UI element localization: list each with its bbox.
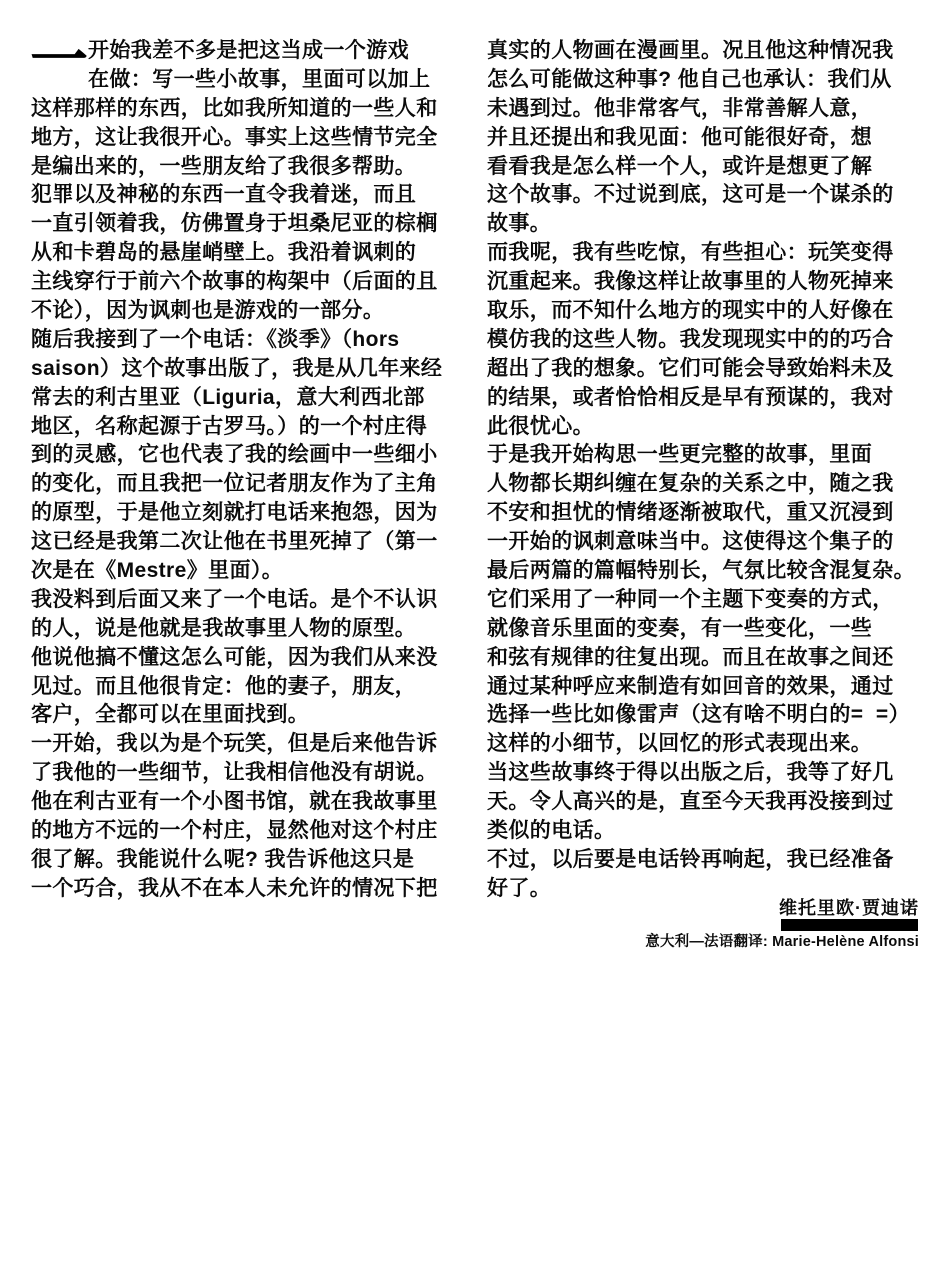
document-page: 一 开始我差不多是把这当成一个游戏在做：写一些小故事，里面可以加上这样那样的东西… xyxy=(0,0,939,1283)
text-line: 和弦有规律的往复出现。而且在故事之间还 xyxy=(487,644,923,673)
text-line: 一开始的讽刺意味当中。这使得这个集子的 xyxy=(487,528,923,557)
text-line: 一直引领着我，仿佛置身于坦桑尼亚的棕榈 xyxy=(31,210,467,239)
text-line: 犯罪以及神秘的东西一直令我着迷，而且 xyxy=(31,181,467,210)
text-line: 他说他搞不懂这怎么可能，因为我们从来没 xyxy=(31,644,467,673)
text-line: 的变化，而且我把一位记者朋友作为了主角 xyxy=(31,470,467,499)
text-line: 选择一些比如像雷声（这有啥不明白的= =） xyxy=(487,701,923,730)
text-line: 此很忧心。 xyxy=(487,413,923,442)
text-line: 一开始，我以为是个玩笑，但是后来他告诉 xyxy=(31,730,467,759)
text-line: 到的灵感，它也代表了我的绘画中一些细小 xyxy=(31,441,467,470)
right-column-text: 真实的人物画在漫画里。况且他这种情况我怎么可能做这种事? 他自己也承认：我们从未… xyxy=(487,37,923,904)
signature-underline-bar xyxy=(781,919,918,931)
text-line: 而我呢，我有些吃惊，有些担心：玩笑变得 xyxy=(487,239,923,268)
text-line: 我没料到后面又来了一个电话。是个不认识 xyxy=(31,586,467,615)
text-line: 看看我是怎么样一个人，或许是想更了解 xyxy=(487,153,923,182)
text-line: 他在利古亚有一个小图书馆，就在我故事里 xyxy=(31,788,467,817)
text-line: saison）这个故事出版了，我是从几年来经 xyxy=(31,355,467,384)
text-line: 未遇到过。他非常客气，非常善解人意， xyxy=(487,95,923,124)
text-line: 真实的人物画在漫画里。况且他这种情况我 xyxy=(487,37,923,66)
text-line: 沉重起来。我像这样让故事里的人物死掉来 xyxy=(487,268,923,297)
text-line: 故事。 xyxy=(487,210,923,239)
text-line: 客户，全都可以在里面找到。 xyxy=(31,701,467,730)
text-line: 并且还提出和我见面：他可能很好奇，想 xyxy=(487,124,923,153)
text-line: 通过某种呼应来制造有如回音的效果，通过 xyxy=(487,673,923,702)
text-line: 常去的利古里亚（Liguria，意大利西北部 xyxy=(31,384,467,413)
right-column: 真实的人物画在漫画里。况且他这种情况我怎么可能做这种事? 他自己也承认：我们从未… xyxy=(487,37,923,904)
text-line: 当这些故事终于得以出版之后，我等了好几 xyxy=(487,759,923,788)
text-line: 的人，说是他就是我故事里人物的原型。 xyxy=(31,615,467,644)
text-line: 地区，名称起源于古罗马。）的一个村庄得 xyxy=(31,413,467,442)
text-line: 的结果，或者恰恰相反是早有预谋的，我对 xyxy=(487,384,923,413)
text-line: 的原型，于是他立刻就打电话来抱怨，因为 xyxy=(31,499,467,528)
drop-cap-yi: 一 xyxy=(30,30,86,92)
text-line: 这样的小细节，以回忆的形式表现出来。 xyxy=(487,730,923,759)
text-line: 一个巧合，我从不在本人未允许的情况下把 xyxy=(31,875,467,904)
text-line: 开始我差不多是把这当成一个游戏 xyxy=(31,37,467,66)
text-line: 是编出来的，一些朋友给了我很多帮助。 xyxy=(31,153,467,182)
text-line: 在做：写一些小故事，里面可以加上 xyxy=(31,66,467,95)
text-line: 随后我接到了一个电话：《淡季》（hors xyxy=(31,326,467,355)
text-line: 类似的电话。 xyxy=(487,817,923,846)
text-line: 很了解。我能说什么呢? 我告诉他这只是 xyxy=(31,846,467,875)
text-line: 不安和担忧的情绪逐渐被取代，重又沉浸到 xyxy=(487,499,923,528)
text-line: 于是我开始构思一些更完整的故事，里面 xyxy=(487,441,923,470)
text-line: 天。令人高兴的是，直至今天我再没接到过 xyxy=(487,788,923,817)
text-line: 这个故事。不过说到底，这可是一个谋杀的 xyxy=(487,181,923,210)
text-line: 模仿我的这些人物。我发现现实中的的巧合 xyxy=(487,326,923,355)
text-line: 它们采用了一种同一个主题下变奏的方式， xyxy=(487,586,923,615)
text-line: 见过。而且他很肯定：他的妻子，朋友， xyxy=(31,673,467,702)
text-line: 这样那样的东西，比如我所知道的一些人和 xyxy=(31,95,467,124)
text-line: 不过，以后要是电话铃再响起，我已经准备 xyxy=(487,846,923,875)
left-column: 一 开始我差不多是把这当成一个游戏在做：写一些小故事，里面可以加上这样那样的东西… xyxy=(31,37,467,904)
text-line: 地方，这让我很开心。事实上这些情节完全 xyxy=(31,124,467,153)
text-line: 怎么可能做这种事? 他自己也承认：我们从 xyxy=(487,66,923,95)
text-line: 超出了我的想象。它们可能会导致始料未及 xyxy=(487,355,923,384)
text-line: 次是在《Mestre》里面）。 xyxy=(31,557,467,586)
text-line: 取乐，而不知什么地方的现实中的人好像在 xyxy=(487,297,923,326)
text-line: 了我他的一些细节，让我相信他没有胡说。 xyxy=(31,759,467,788)
text-line: 就像音乐里面的变奏，有一些变化，一些 xyxy=(487,615,923,644)
author-signature: 维托里欧·贾迪诺 xyxy=(487,896,919,920)
translator-credit: 意大利—法语翻译: Marie-Helène Alfonsi xyxy=(427,932,919,953)
text-line: 的地方不远的一个村庄，显然他对这个村庄 xyxy=(31,817,467,846)
text-line: 这已经是我第二次让他在书里死掉了（第一 xyxy=(31,528,467,557)
text-line: 主线穿行于前六个故事的构架中（后面的且 xyxy=(31,268,467,297)
text-line: 人物都长期纠缠在复杂的关系之中，随之我 xyxy=(487,470,923,499)
left-column-text: 开始我差不多是把这当成一个游戏在做：写一些小故事，里面可以加上这样那样的东西，比… xyxy=(31,37,467,904)
text-line: 不论），因为讽刺也是游戏的一部分。 xyxy=(31,297,467,326)
text-line: 最后两篇的篇幅特别长，气氛比较含混复杂。 xyxy=(487,557,923,586)
text-line: 从和卡碧岛的悬崖峭壁上。我沿着讽刺的 xyxy=(31,239,467,268)
